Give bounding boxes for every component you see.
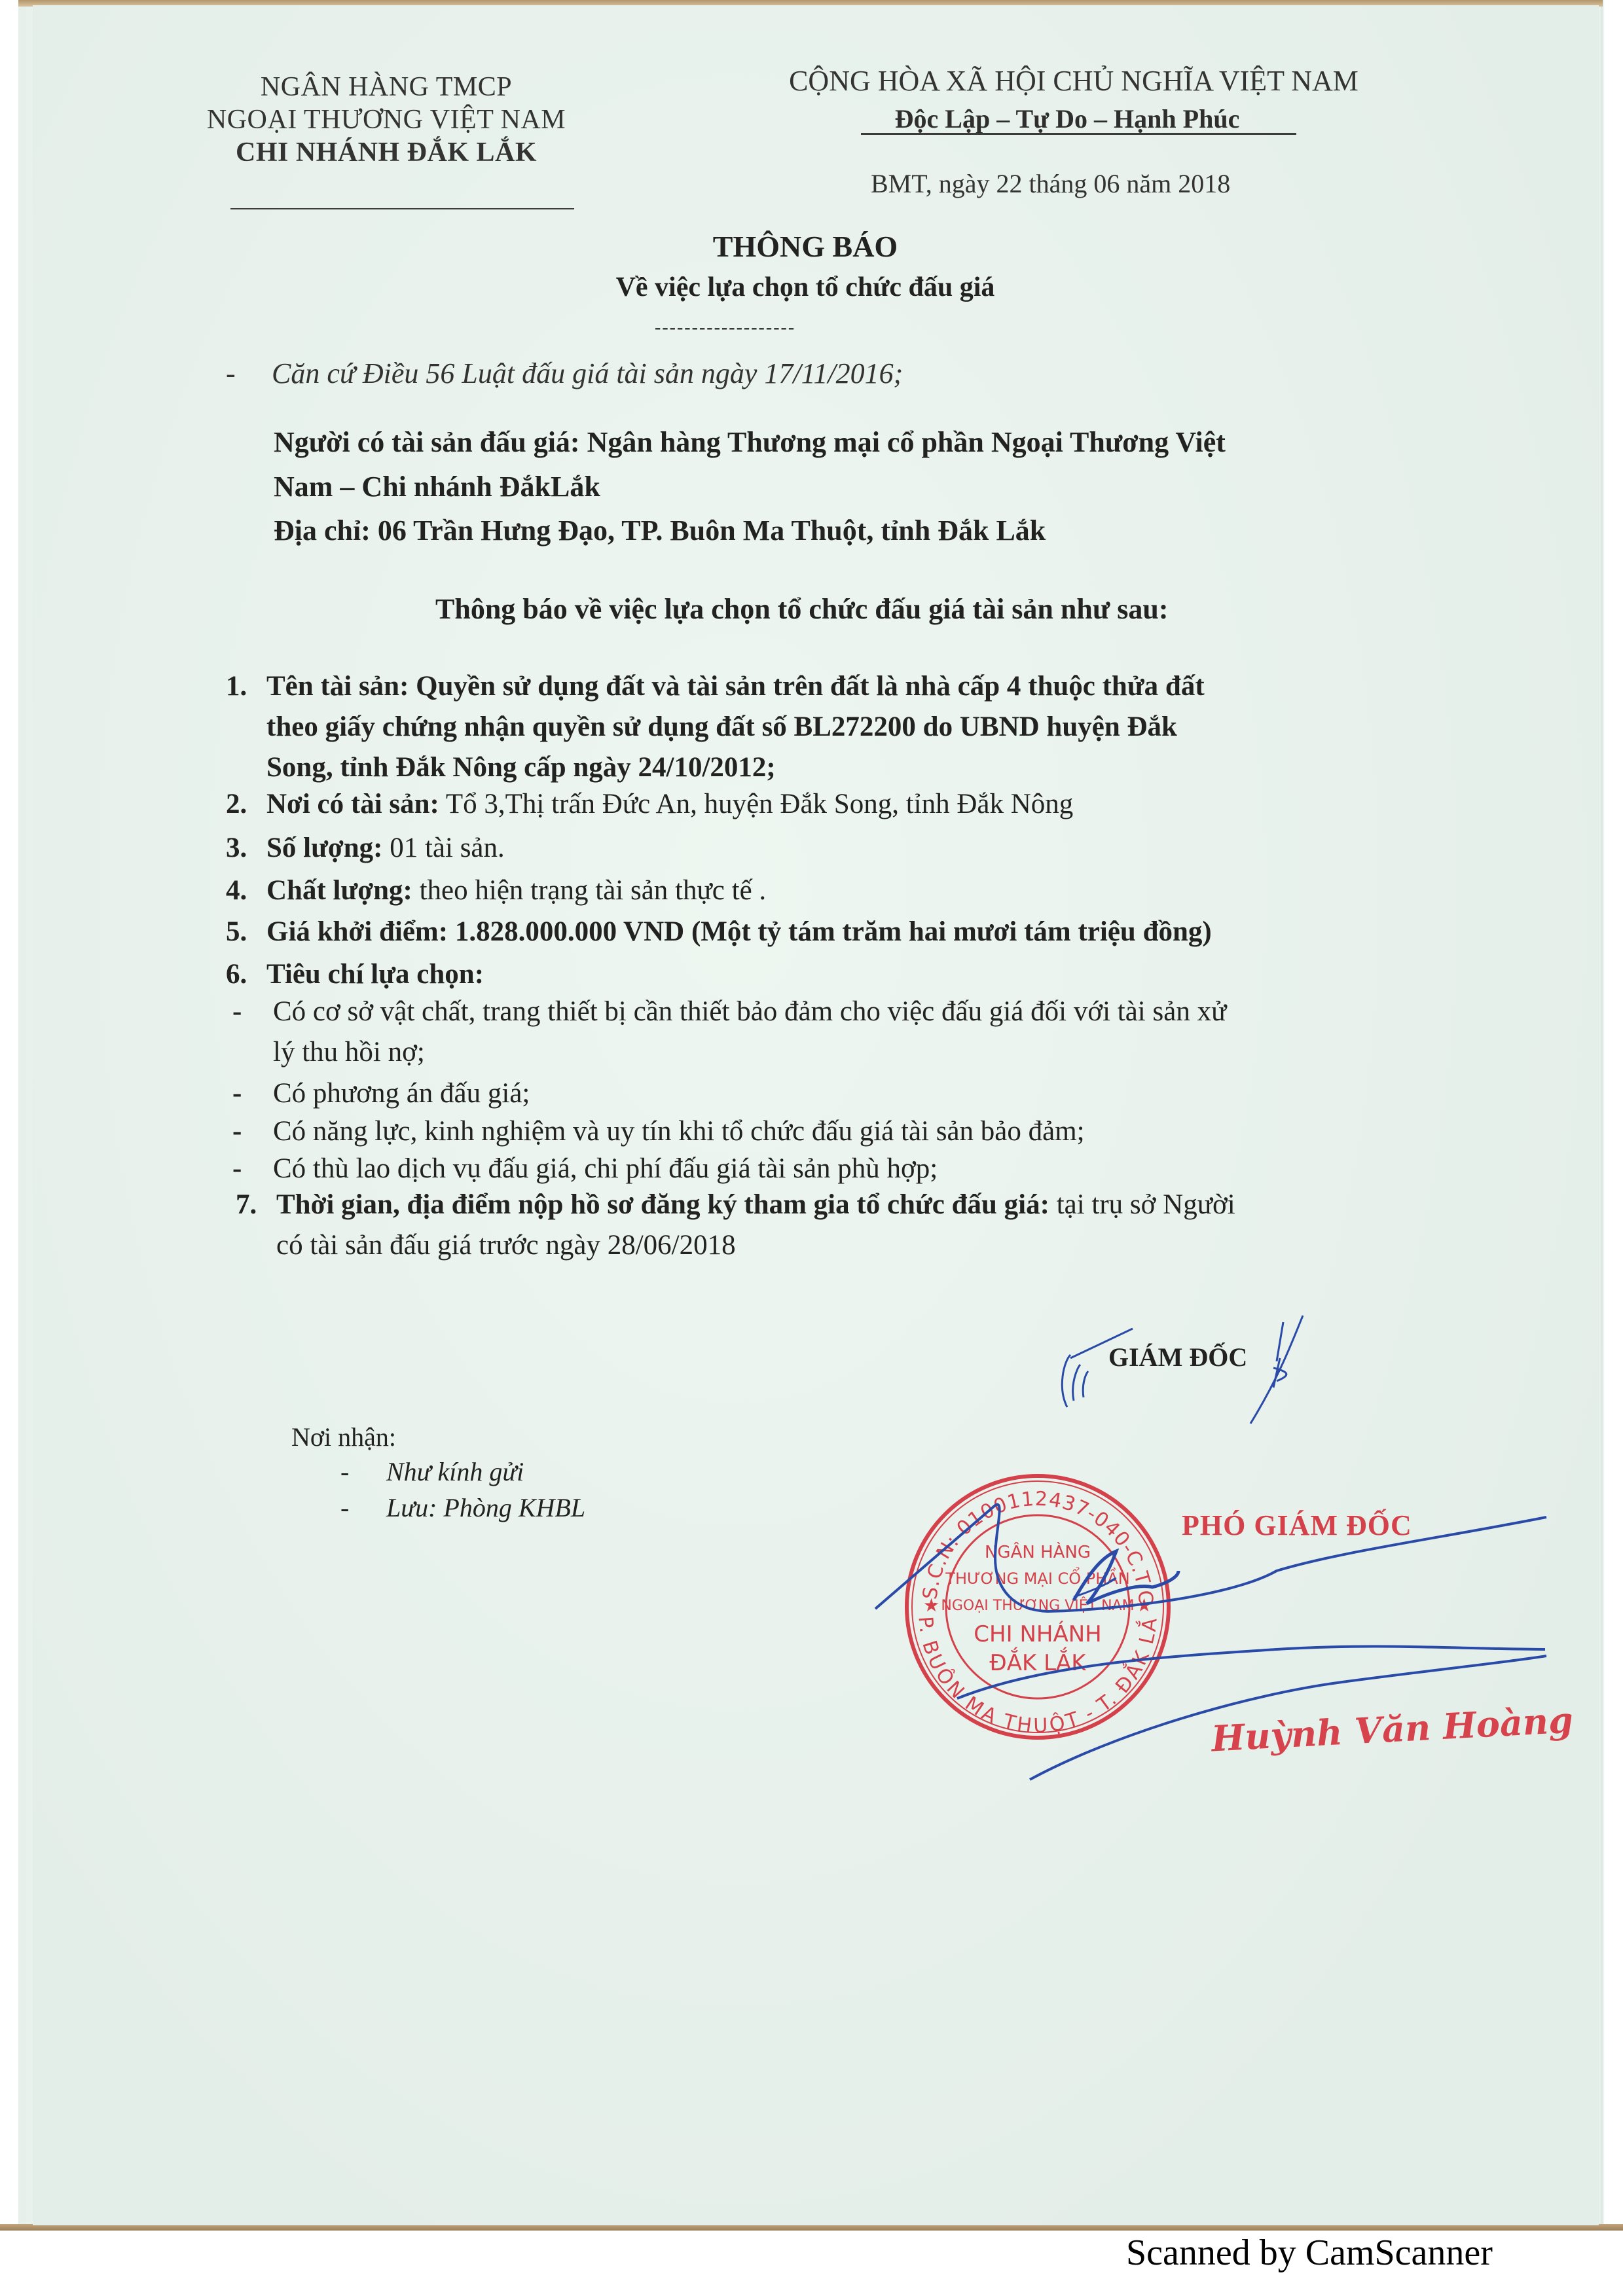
handwritten-signature [0,0,1623,2296]
camscanner-watermark: Scanned by CamScanner [1126,2232,1493,2274]
